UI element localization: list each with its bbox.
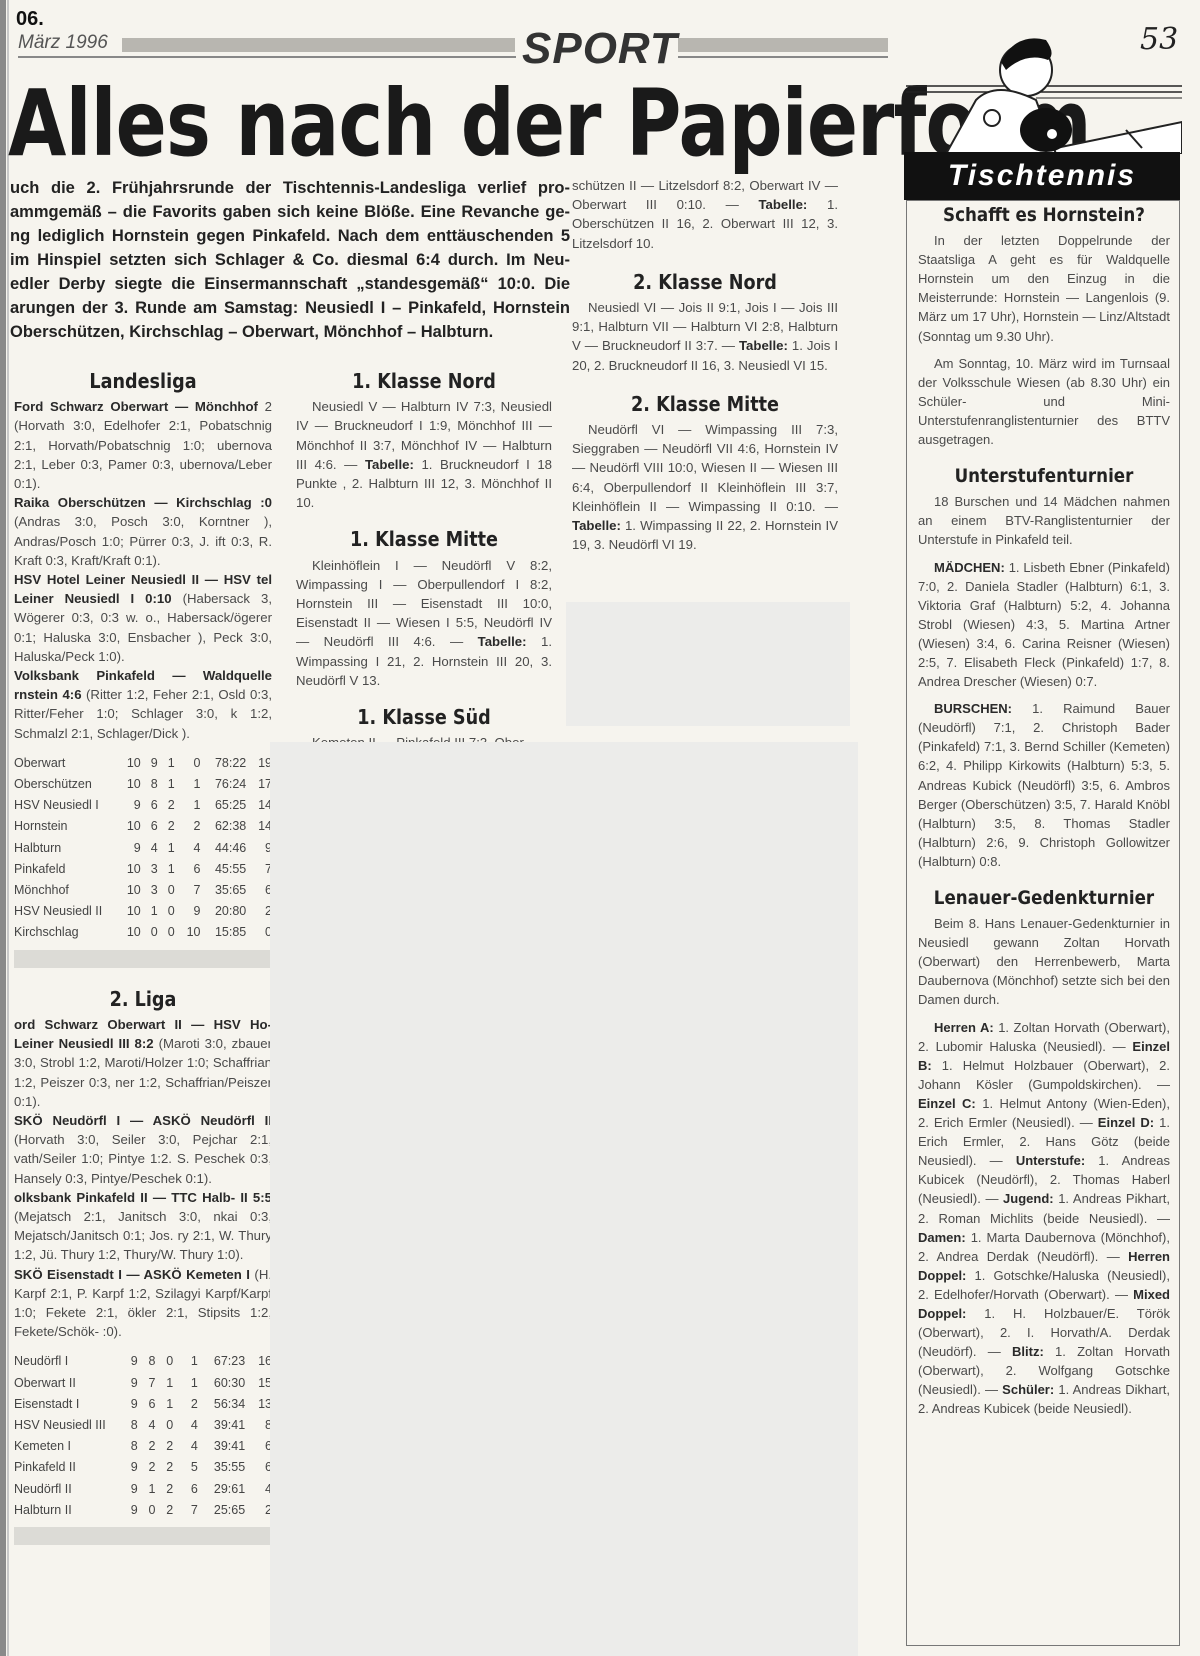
team-name-cell: Pinkafeld II bbox=[14, 1457, 114, 1478]
result-category: Blitz: bbox=[1012, 1344, 1044, 1359]
stat-cell: 0 bbox=[158, 880, 175, 901]
stat-cell: 56:34 bbox=[198, 1394, 245, 1415]
stat-cell: 9 bbox=[114, 1479, 137, 1500]
stat-cell: 0 bbox=[175, 753, 201, 774]
team-name-cell: Pinkafeld bbox=[14, 859, 116, 880]
stat-cell: 14 bbox=[246, 816, 272, 837]
column-klasse1: 1. Klasse Nord Neusiedl V — Halbturn IV … bbox=[296, 372, 552, 752]
stat-cell: 4 bbox=[138, 1415, 156, 1436]
header-rule-right bbox=[678, 56, 888, 58]
stat-cell: 20:80 bbox=[200, 901, 246, 922]
match-details: (Andras 3:0, Posch 3:0, Korntner ), Andr… bbox=[14, 514, 272, 567]
lenauer-results: Herren A: 1. Zoltan Horvath (Oberwart), … bbox=[918, 1018, 1170, 1419]
stat-cell: 9 bbox=[114, 1457, 137, 1478]
stat-cell: 8 bbox=[114, 1415, 137, 1436]
stat-cell: 6 bbox=[245, 1457, 272, 1478]
stat-cell: 39:41 bbox=[198, 1436, 245, 1457]
stat-cell: 4 bbox=[175, 838, 201, 859]
sidebar-paragraph: 18 Burschen und 14 Mädchen nahmen an ein… bbox=[918, 492, 1170, 549]
burschen-results: BURSCHEN: 1. Raimund Bauer (Neudörfl) 7:… bbox=[918, 699, 1170, 871]
stat-cell: 1 bbox=[158, 774, 175, 795]
standings-row: Hornstein1062262:3814 bbox=[14, 816, 272, 837]
standings-row: Neudörfl II912629:614 bbox=[14, 1479, 272, 1500]
table-divider-band bbox=[14, 1527, 272, 1545]
stat-cell: 2 bbox=[245, 1500, 272, 1521]
klasse1-mitte-text: Kleinhöflein I — Neudörfl V 8:2, Wimpass… bbox=[296, 556, 552, 690]
klasse2-mitte-text: Neudörfl VI — Wimpassing III 7:3, Sieggr… bbox=[572, 420, 838, 554]
match-teams: SKÖ Eisenstadt I — ASKÖ Kemeten I bbox=[14, 1267, 250, 1282]
sidebar-heading-hornstein: Schafft es Hornstein? bbox=[933, 206, 1155, 225]
stat-cell: 2 bbox=[158, 816, 175, 837]
issue-date: März 1996 bbox=[18, 32, 108, 54]
stat-cell: 10 bbox=[116, 816, 141, 837]
stat-cell: 1 bbox=[175, 774, 201, 795]
team-name-cell: Hornstein bbox=[14, 816, 116, 837]
stat-cell: 35:55 bbox=[198, 1457, 245, 1478]
stat-cell: 9 bbox=[116, 838, 141, 859]
stat-cell: 17 bbox=[246, 774, 272, 795]
stat-cell: 1 bbox=[155, 1394, 173, 1415]
klasse1-sued-heading: 1. Klasse Süd bbox=[311, 708, 536, 727]
result-category: Schüler: bbox=[1002, 1382, 1054, 1397]
stat-cell: 25:65 bbox=[198, 1500, 245, 1521]
standings-row: HSV Neusiedl III840439:418 bbox=[14, 1415, 272, 1436]
stat-cell: 10 bbox=[175, 922, 201, 943]
stat-cell: 6 bbox=[246, 880, 272, 901]
stat-cell: 8 bbox=[138, 1351, 156, 1372]
stat-cell: 1 bbox=[141, 901, 158, 922]
stat-cell: 7 bbox=[138, 1373, 156, 1394]
lead-paragraph: uch die 2. Frühjahrsrunde der Tischtenni… bbox=[10, 176, 570, 344]
team-name-cell: HSV Neusiedl I bbox=[14, 795, 116, 816]
stat-cell: 6 bbox=[173, 1479, 198, 1500]
team-name-cell: HSV Neusiedl II bbox=[14, 901, 116, 922]
blank-region bbox=[270, 742, 858, 1656]
table-tennis-player-illustration bbox=[906, 30, 1182, 154]
stat-cell: 7 bbox=[173, 1500, 198, 1521]
stat-cell: 67:23 bbox=[198, 1351, 245, 1372]
header-bar-right bbox=[678, 38, 888, 52]
match-details: (Mejatsch 2:1, Janitsch 3:0, nkai 0:3, M… bbox=[14, 1209, 272, 1262]
stat-cell: 7 bbox=[175, 880, 201, 901]
stat-cell: 2 bbox=[173, 1394, 198, 1415]
standings-row: Pinkafeld II922535:556 bbox=[14, 1457, 272, 1478]
klasse2-nord-text: Neusiedl VI — Jois II 9:1, Jois I — Jois… bbox=[572, 298, 838, 375]
stat-cell: 8 bbox=[114, 1436, 137, 1457]
stat-cell: 15 bbox=[245, 1373, 272, 1394]
header-rule-left bbox=[18, 56, 516, 58]
stat-cell: 2 bbox=[155, 1436, 173, 1457]
stat-cell: 2 bbox=[138, 1436, 156, 1457]
stat-cell: 1 bbox=[155, 1373, 173, 1394]
result-category: Jugend: bbox=[1003, 1191, 1054, 1206]
klasse1-nord-text: Neusiedl V — Halbturn IV 7:3, Neusiedl I… bbox=[296, 397, 552, 512]
stat-cell: 0 bbox=[155, 1351, 173, 1372]
stat-cell: 10 bbox=[116, 859, 141, 880]
match-report: ord Schwarz Oberwart II — HSV Ho- Leiner… bbox=[14, 1015, 272, 1111]
sidebar-paragraph: Am Sonntag, 10. März wird im Turnsaal de… bbox=[918, 354, 1170, 449]
match-report: HSV Hotel Leiner Neusiedl II — HSV tel L… bbox=[14, 570, 272, 666]
klasse1-mitte-heading: 1. Klasse Mitte bbox=[311, 530, 536, 549]
team-name-cell: Eisenstadt I bbox=[14, 1394, 114, 1415]
match-report: SKÖ Eisenstadt I — ASKÖ Kemeten I (H. Ka… bbox=[14, 1265, 272, 1342]
stat-cell: 44:46 bbox=[200, 838, 246, 859]
team-name-cell: Neudörfl II bbox=[14, 1479, 114, 1500]
standings-row: Halbturn941444:469 bbox=[14, 838, 272, 859]
stat-cell: 3 bbox=[141, 880, 158, 901]
stat-cell: 4 bbox=[173, 1415, 198, 1436]
standings-row: Pinkafeld1031645:557 bbox=[14, 859, 272, 880]
sidebar-heading-unterstufe: Unterstufenturnier bbox=[933, 467, 1155, 486]
tischtennis-banner: Tischtennis bbox=[904, 152, 1180, 200]
stat-cell: 6 bbox=[141, 795, 158, 816]
liga2-matches: ord Schwarz Oberwart II — HSV Ho- Leiner… bbox=[14, 1015, 272, 1341]
standings-row: Halbturn II902725:652 bbox=[14, 1500, 272, 1521]
team-name-cell: Oberschützen bbox=[14, 774, 116, 795]
liga2-heading: 2. Liga bbox=[29, 990, 256, 1009]
stat-cell: 0 bbox=[141, 922, 158, 943]
klasse1-sued-text-b: schützen II — Litzelsdorf 8:2, Oberwart … bbox=[572, 176, 838, 253]
standings-row: HSV Neusiedl II1010920:802 bbox=[14, 901, 272, 922]
stat-cell: 3 bbox=[141, 859, 158, 880]
stat-cell: 13 bbox=[245, 1394, 272, 1415]
team-name-cell: Halbturn bbox=[14, 838, 116, 859]
stat-cell: 1 bbox=[138, 1479, 156, 1500]
standings-row: Mönchhof1030735:656 bbox=[14, 880, 272, 901]
standings-row: Eisenstadt I961256:3413 bbox=[14, 1394, 272, 1415]
match-teams: Raika Oberschützen — Kirchschlag :0 bbox=[14, 495, 272, 510]
match-report: olksbank Pinkafeld II — TTC Halb- II 5:5… bbox=[14, 1188, 272, 1265]
klasse2-mitte-heading: 2. Klasse Mitte bbox=[588, 395, 822, 414]
stat-cell: 78:22 bbox=[200, 753, 246, 774]
stat-cell: 6 bbox=[141, 816, 158, 837]
stat-cell: 4 bbox=[173, 1436, 198, 1457]
match-report: SKÖ Neudörfl I — ASKÖ Neudörfl II (Horva… bbox=[14, 1111, 272, 1188]
stat-cell: 9 bbox=[116, 795, 141, 816]
team-name-cell: Oberwart II bbox=[14, 1373, 114, 1394]
page-edge bbox=[0, 0, 6, 1656]
stat-cell: 0 bbox=[138, 1500, 156, 1521]
stat-cell: 15:85 bbox=[200, 922, 246, 943]
stat-cell: 9 bbox=[246, 838, 272, 859]
standings-row: Kemeten I822439:416 bbox=[14, 1436, 272, 1457]
column-klasse2: schützen II — Litzelsdorf 8:2, Oberwart … bbox=[572, 176, 838, 554]
stat-cell: 16 bbox=[245, 1351, 272, 1372]
stat-cell: 2 bbox=[155, 1500, 173, 1521]
stat-cell: 6 bbox=[245, 1436, 272, 1457]
stat-cell: 4 bbox=[245, 1479, 272, 1500]
page-edge-shadow bbox=[7, 0, 9, 1656]
stat-cell: 2 bbox=[246, 901, 272, 922]
klasse1-nord-heading: 1. Klasse Nord bbox=[311, 372, 536, 391]
result-category: Herren A: bbox=[934, 1020, 994, 1035]
stat-cell: 1 bbox=[173, 1351, 198, 1372]
stat-cell: 10 bbox=[116, 774, 141, 795]
sidebar-content: Schafft es Hornstein? In der letzten Dop… bbox=[918, 206, 1170, 1419]
stat-cell: 9 bbox=[114, 1394, 137, 1415]
stat-cell: 5 bbox=[173, 1457, 198, 1478]
maedchen-results: MÄDCHEN: 1. Lisbeth Ebner (Pinkafeld) 7:… bbox=[918, 558, 1170, 692]
stat-cell: 6 bbox=[175, 859, 201, 880]
stat-cell: 10 bbox=[116, 901, 141, 922]
result-category: Einzel D: bbox=[1098, 1115, 1154, 1130]
result-category: Damen: bbox=[918, 1230, 966, 1245]
standings-row: Oberwart II971160:3015 bbox=[14, 1373, 272, 1394]
team-name-cell: Kirchschlag bbox=[14, 922, 116, 943]
table-divider-band bbox=[14, 950, 272, 968]
result-category: Unterstufe: bbox=[1016, 1153, 1085, 1168]
landesliga-matches: Ford Schwarz Oberwart — Mönchhof 2 (Horv… bbox=[14, 397, 272, 743]
stat-cell: 1 bbox=[173, 1373, 198, 1394]
sidebar-paragraph: In der letzten Doppelrunde der Staatslig… bbox=[918, 231, 1170, 346]
stat-cell: 9 bbox=[114, 1351, 137, 1372]
standings-row: Neudörfl I980167:2316 bbox=[14, 1351, 272, 1372]
stat-cell: 1 bbox=[158, 838, 175, 859]
stat-cell: 9 bbox=[141, 753, 158, 774]
stat-cell: 76:24 bbox=[200, 774, 246, 795]
blank-region bbox=[566, 602, 850, 726]
standings-row: Oberschützen1081176:2417 bbox=[14, 774, 272, 795]
header-bar-left bbox=[122, 38, 515, 52]
stat-cell: 45:55 bbox=[200, 859, 246, 880]
stat-cell: 9 bbox=[114, 1500, 137, 1521]
stat-cell: 10 bbox=[116, 880, 141, 901]
stat-cell: 8 bbox=[245, 1415, 272, 1436]
stat-cell: 0 bbox=[158, 922, 175, 943]
sidebar-heading-lenauer: Lenauer-Gedenkturnier bbox=[933, 889, 1155, 908]
stat-cell: 1 bbox=[158, 753, 175, 774]
stat-cell: 9 bbox=[175, 901, 201, 922]
standings-row: Kirchschlag10001015:850 bbox=[14, 922, 272, 943]
stat-cell: 39:41 bbox=[198, 1415, 245, 1436]
stat-cell: 8 bbox=[141, 774, 158, 795]
stat-cell: 0 bbox=[246, 922, 272, 943]
stat-cell: 0 bbox=[155, 1415, 173, 1436]
stat-cell: 1 bbox=[158, 859, 175, 880]
stat-cell: 14 bbox=[246, 795, 272, 816]
result-category: Einzel C: bbox=[918, 1096, 976, 1111]
match-teams: SKÖ Neudörfl I — ASKÖ Neudörfl II bbox=[14, 1113, 272, 1128]
team-name-cell: Kemeten I bbox=[14, 1436, 114, 1457]
team-name-cell: Oberwart bbox=[14, 753, 116, 774]
match-teams: olksbank Pinkafeld II — TTC Halb- II 5:5 bbox=[14, 1190, 272, 1205]
stat-cell: 2 bbox=[155, 1457, 173, 1478]
landesliga-heading: Landesliga bbox=[29, 372, 256, 391]
stat-cell: 0 bbox=[158, 901, 175, 922]
sidebar-paragraph: Beim 8. Hans Lenauer-Gedenkturnier in Ne… bbox=[918, 914, 1170, 1009]
stat-cell: 65:25 bbox=[200, 795, 246, 816]
landesliga-standings-table: Oberwart1091078:2219Oberschützen1081176:… bbox=[14, 753, 272, 944]
column-landesliga: Landesliga Ford Schwarz Oberwart — Mönch… bbox=[14, 372, 272, 1545]
match-details: (Horvath 3:0, Seiler 3:0, Pejchar 2:1, v… bbox=[14, 1132, 272, 1185]
result-text: 1. Helmut Holzbauer (Oberwart), 2. Johan… bbox=[918, 1058, 1170, 1092]
standings-row: Oberwart1091078:2219 bbox=[14, 753, 272, 774]
stat-cell: 60:30 bbox=[198, 1373, 245, 1394]
stat-cell: 29:61 bbox=[198, 1479, 245, 1500]
stat-cell: 10 bbox=[116, 922, 141, 943]
section-title: SPORT bbox=[522, 24, 678, 74]
stat-cell: 2 bbox=[175, 816, 201, 837]
match-report: Volksbank Pinkafeld — Waldquelle rnstein… bbox=[14, 666, 272, 743]
stat-cell: 2 bbox=[138, 1457, 156, 1478]
match-report: Ford Schwarz Oberwart — Mönchhof 2 (Horv… bbox=[14, 397, 272, 493]
standings-row: HSV Neusiedl I962165:2514 bbox=[14, 795, 272, 816]
stat-cell: 2 bbox=[158, 795, 175, 816]
stat-cell: 35:65 bbox=[200, 880, 246, 901]
liga2-standings-table: Neudörfl I980167:2316Oberwart II971160:3… bbox=[14, 1351, 272, 1521]
stat-cell: 10 bbox=[116, 753, 141, 774]
page-label: 06. bbox=[16, 8, 44, 31]
column-footer bbox=[20, 1630, 270, 1656]
stat-cell: 7 bbox=[246, 859, 272, 880]
team-name-cell: Mönchhof bbox=[14, 880, 116, 901]
team-name-cell: HSV Neusiedl III bbox=[14, 1415, 114, 1436]
stat-cell: 62:38 bbox=[200, 816, 246, 837]
match-teams: Ford Schwarz Oberwart — Mönchhof bbox=[14, 399, 258, 414]
stat-cell: 2 bbox=[155, 1479, 173, 1500]
stat-cell: 4 bbox=[141, 838, 158, 859]
stat-cell: 19 bbox=[246, 753, 272, 774]
klasse2-nord-heading: 2. Klasse Nord bbox=[588, 273, 822, 292]
stat-cell: 1 bbox=[175, 795, 201, 816]
team-name-cell: Halbturn II bbox=[14, 1500, 114, 1521]
match-report: Raika Oberschützen — Kirchschlag :0 (And… bbox=[14, 493, 272, 570]
stat-cell: 9 bbox=[114, 1373, 137, 1394]
stat-cell: 6 bbox=[138, 1394, 156, 1415]
team-name-cell: Neudörfl I bbox=[14, 1351, 114, 1372]
